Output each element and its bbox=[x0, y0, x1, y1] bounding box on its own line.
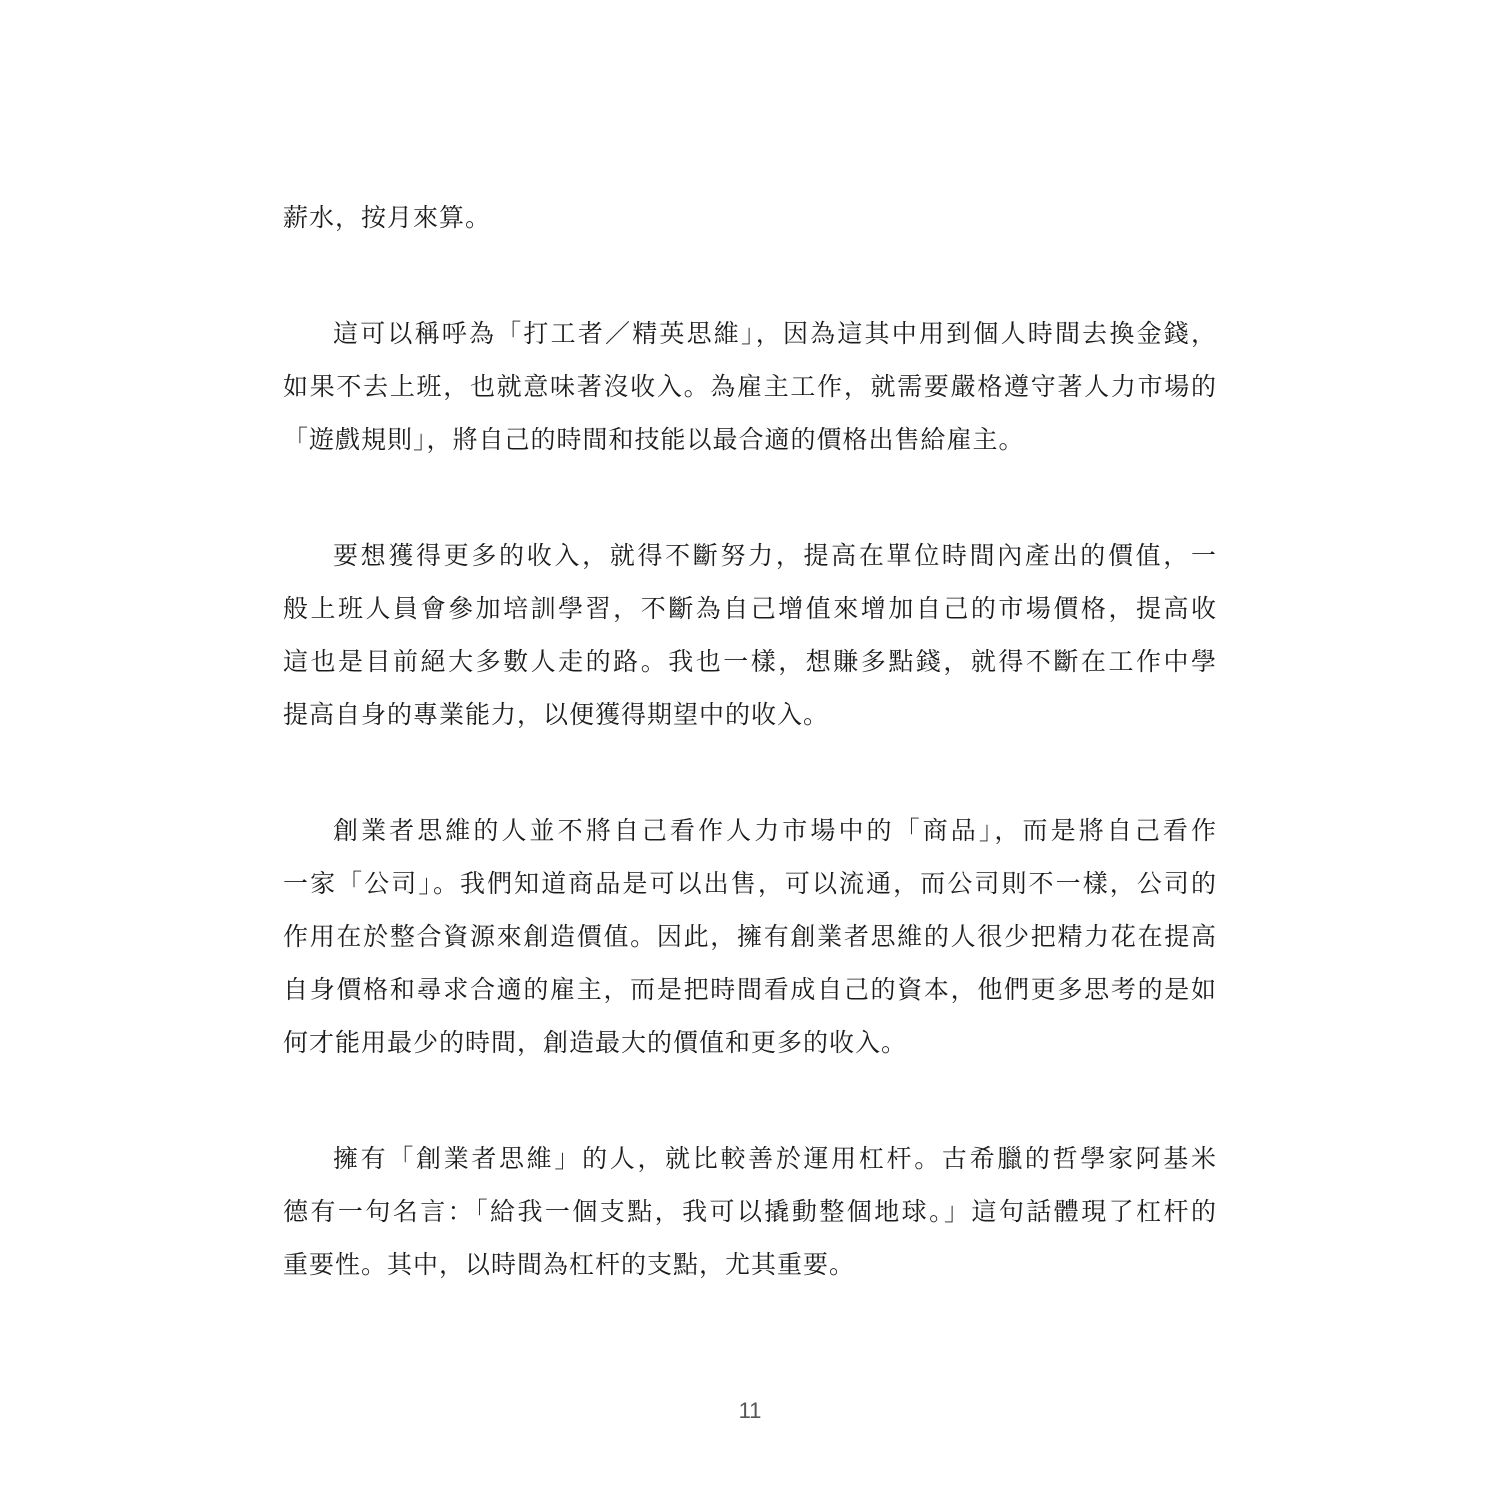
document-page: 薪水，按月來算。這可以稱呼為「打工者／精英思維」，因為這其中用到個人時間去換金錢… bbox=[0, 0, 1500, 1500]
text-line: 如果不去上班，也就意味著沒收入。為雇主工作，就需要嚴格遵守著人力市場的 bbox=[283, 361, 1217, 414]
text-line: 般上班人員會參加培訓學習，不斷為自己增值來增加自己的市場價格，提高收入， bbox=[283, 583, 1217, 636]
text-line: 作用在於整合資源來創造價值。因此，擁有創業者思維的人很少把精力花在提高 bbox=[283, 911, 1217, 964]
text-block: 薪水，按月來算。這可以稱呼為「打工者／精英思維」，因為這其中用到個人時間去換金錢… bbox=[283, 192, 1217, 1292]
paragraph: 擁有「創業者思維」的人，就比較善於運用杠杆。古希臘的哲學家阿基米德有一句名言：「… bbox=[283, 1133, 1217, 1292]
page-number: 11 bbox=[0, 1398, 1500, 1424]
text-line: 薪水，按月來算。 bbox=[283, 192, 1217, 245]
paragraph: 要想獲得更多的收入，就得不斷努力，提高在單位時間內產出的價值，一般上班人員會參加… bbox=[283, 530, 1217, 742]
paragraph: 這可以稱呼為「打工者／精英思維」，因為這其中用到個人時間去換金錢，如果不去上班，… bbox=[283, 308, 1217, 467]
text-line: 何才能用最少的時間，創造最大的價值和更多的收入。 bbox=[283, 1017, 1217, 1070]
text-line: 創業者思維的人並不將自己看作人力市場中的「商品」，而是將自己看作 bbox=[283, 805, 1217, 858]
paragraph: 創業者思維的人並不將自己看作人力市場中的「商品」，而是將自己看作一家「公司」。我… bbox=[283, 805, 1217, 1070]
text-line: 重要性。其中，以時間為杠杆的支點，尤其重要。 bbox=[283, 1239, 1217, 1292]
text-line: 提高自身的專業能力，以便獲得期望中的收入。 bbox=[283, 689, 1217, 742]
text-line: 一家「公司」。我們知道商品是可以出售，可以流通，而公司則不一樣，公司的 bbox=[283, 858, 1217, 911]
text-line: 要想獲得更多的收入，就得不斷努力，提高在單位時間內產出的價值，一 bbox=[283, 530, 1217, 583]
text-line: 這也是目前絕大多數人走的路。我也一樣，想賺多點錢，就得不斷在工作中學習， bbox=[283, 636, 1217, 689]
text-line: 這可以稱呼為「打工者／精英思維」，因為這其中用到個人時間去換金錢， bbox=[283, 308, 1217, 361]
paragraph: 薪水，按月來算。 bbox=[283, 192, 1217, 245]
text-line: 自身價格和尋求合適的雇主，而是把時間看成自己的資本，他們更多思考的是如 bbox=[283, 964, 1217, 1017]
text-line: 擁有「創業者思維」的人，就比較善於運用杠杆。古希臘的哲學家阿基米 bbox=[283, 1133, 1217, 1186]
text-line: 「遊戲規則」，將自己的時間和技能以最合適的價格出售給雇主。 bbox=[283, 414, 1217, 467]
text-line: 德有一句名言：「給我一個支點，我可以撬動整個地球。」這句話體現了杠杆的 bbox=[283, 1186, 1217, 1239]
